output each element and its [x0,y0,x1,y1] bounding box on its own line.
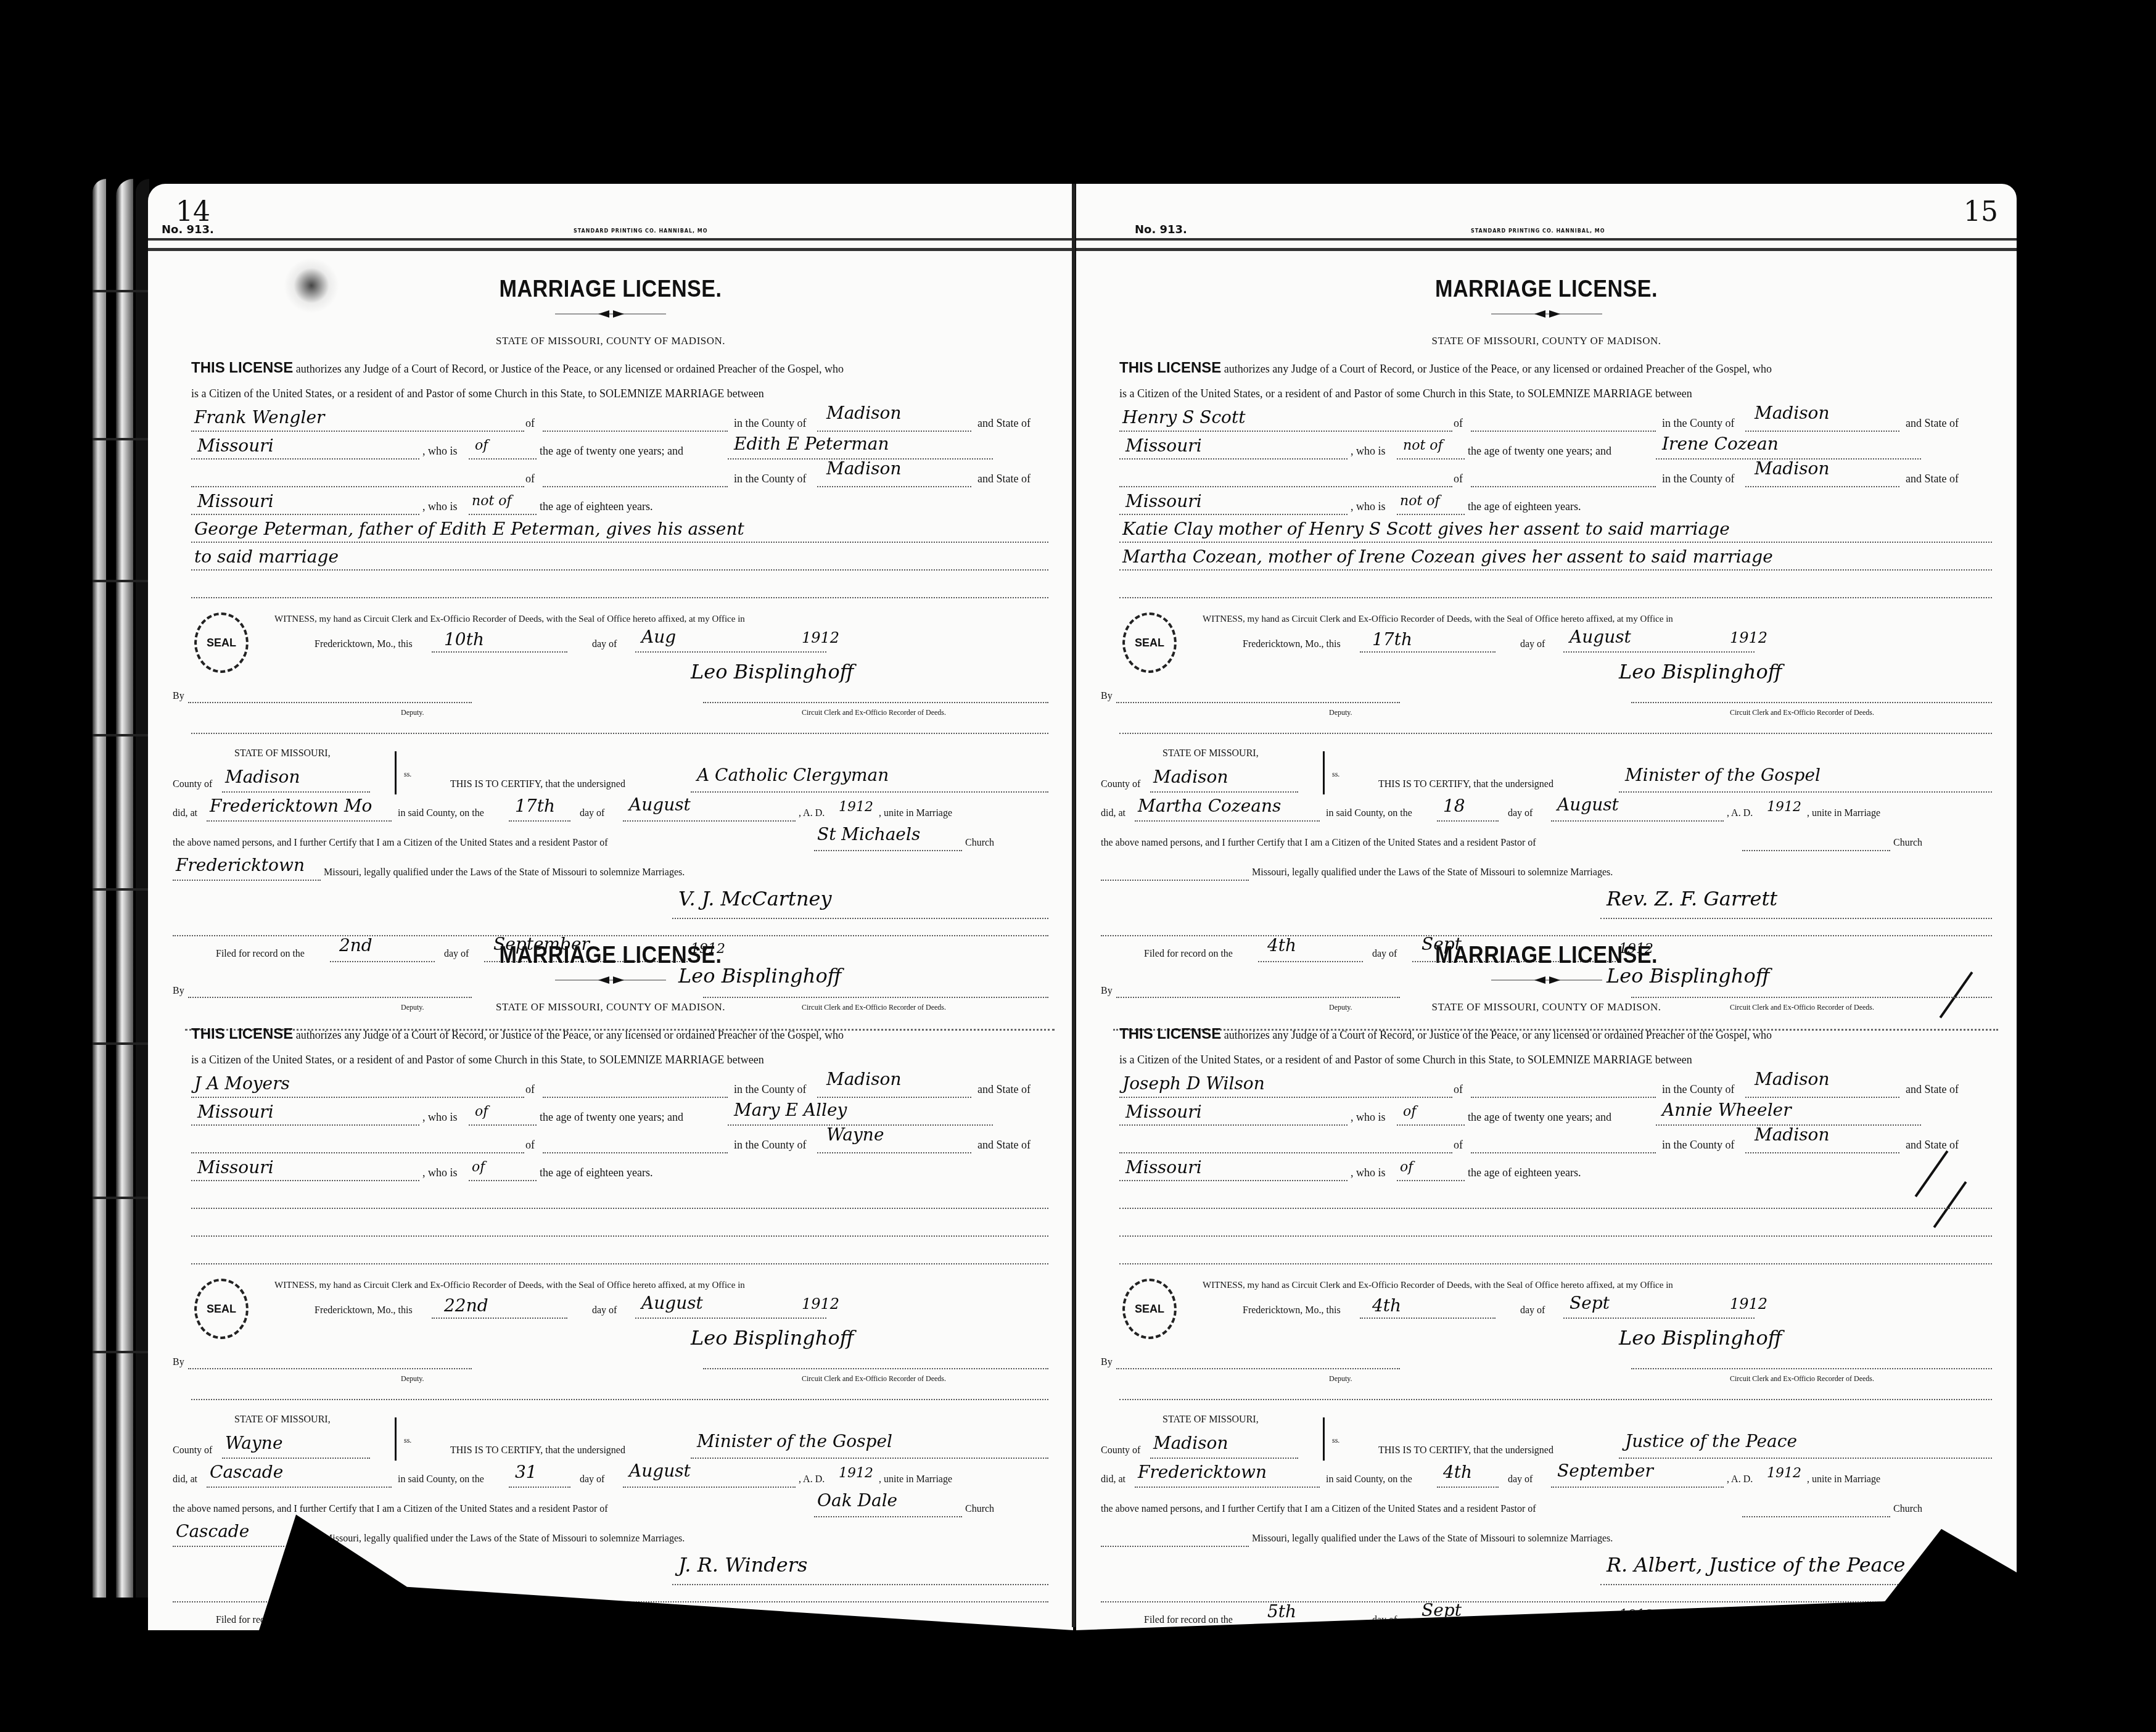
license-title: MARRIAGE LICENSE. [1123,942,1970,969]
groom-county: Madison [826,403,902,423]
bride-name: Edith E Peterman [734,434,889,454]
witness-day: 17th [1372,629,1412,649]
bride-county: Madison [826,458,902,479]
marriage-place: Fredericktown Mo [210,796,372,816]
groom-name: Joseph D Wilson [1122,1073,1265,1094]
officiant-title: Minister of the Gospel [697,1431,892,1451]
book-binding [93,179,148,1598]
bride-name: Annie Wheeler [1662,1100,1792,1120]
state-county-heading: STATE OF MISSOURI, COUNTY OF MADISON. [148,335,1073,347]
form-number: No. 913. [162,223,214,236]
officiant-signature: J. R. Winders [678,1553,807,1577]
marriage-day: 31 [515,1462,537,1482]
clerk-signature: Leo Bisplinghoff [691,660,854,683]
witness-text: WITNESS, my hand as Circuit Clerk and Ex… [1203,614,1673,625]
marriage-day: 4th [1443,1462,1472,1482]
license-title: MARRIAGE LICENSE. [194,942,1027,969]
church-town: Fredericktown [176,855,305,875]
bride-state: Missouri [1125,491,1202,511]
witness-text: WITNESS, my hand as Circuit Clerk and Ex… [274,1280,745,1291]
filed-day: 5th [1267,1601,1296,1622]
left-page: 14 No. 913. STANDARD PRINTING CO. HANNIB… [148,184,1073,1630]
marriage-year: 1912 [1767,799,1801,815]
consent-line-1: Katie Clay mother of Henry S Scott gives… [1122,519,1730,539]
bride-state: Missouri [1125,1157,1202,1177]
officiant-title: A Catholic Clergyman [697,765,889,785]
witness-text: WITNESS, my hand as Circuit Clerk and Ex… [274,614,745,625]
ornament-divider [555,979,666,981]
filed-year: 1912 [1619,1607,1653,1623]
marriage-license: MARRIAGE LICENSE. STATE OF MISSOURI, COU… [1076,276,2017,1041]
bride-name: Irene Cozean [1662,434,1779,454]
marriage-month: August [629,1461,691,1481]
witness-month: Aug [641,627,676,647]
marriage-year: 1912 [839,799,873,815]
certificate-county: Madison [1153,767,1228,787]
marriage-year: 1912 [839,1466,873,1481]
citizen-text: is a Citizen of the United States, or a … [191,1054,764,1066]
groom-age-qualifier: of [475,1104,488,1120]
groom-age-qualifier: of [1403,1104,1416,1120]
groom-name: J A Moyers [194,1073,290,1094]
consent-line-2: to said marriage [194,546,339,567]
marriage-month: August [629,794,691,815]
marriage-license: MARRIAGE LICENSE. STATE OF MISSOURI, COU… [148,276,1073,1041]
groom-county: Madison [826,1069,902,1089]
state-county-heading: STATE OF MISSOURI, COUNTY OF MADISON. [148,1001,1073,1013]
witness-text: WITNESS, my hand as Circuit Clerk and Ex… [1203,1280,1673,1291]
bride-age-qualifier: of [1400,1160,1413,1175]
clerk-signature: Leo Bisplinghoff [691,1326,854,1350]
groom-state: Missouri [197,435,274,456]
officiant-signature: V. J. McCartney [678,887,832,910]
seal-icon: SEAL [194,1279,249,1339]
consent-line-1: George Peterman, father of Edith E Peter… [194,519,744,539]
bride-age-qualifier: of [472,1160,485,1175]
groom-name: Henry S Scott [1122,407,1245,427]
filed-year: 1912 [691,1607,725,1623]
clerk-title: Circuit Clerk and Ex-Officio Recorder of… [802,708,946,717]
clerk-title: Circuit Clerk and Ex-Officio Recorder of… [1730,708,1874,717]
marriage-year: 1912 [1767,1466,1801,1481]
marriage-day: 17th [515,796,555,816]
witness-year: 1912 [1730,1295,1767,1313]
page-number: 15 [1964,196,1998,228]
clerk-title: Circuit Clerk and Ex-Officio Recorder of… [1730,1374,1874,1384]
church-name: St Michaels [817,824,920,844]
seal-icon: SEAL [1122,1279,1177,1339]
clerk-signature: Leo Bisplinghoff [1619,1326,1782,1350]
right-page: 15 No. 913. STANDARD PRINTING CO. HANNIB… [1076,184,2017,1630]
groom-state: Missouri [1125,1102,1202,1122]
page-gutter [1072,184,1076,1627]
seal-icon: SEAL [194,612,249,673]
citizen-text: is a Citizen of the United States, or a … [191,387,764,400]
witness-day: 10th [444,629,484,649]
consent-line-2: Martha Cozean, mother of Irene Cozean gi… [1122,546,1773,567]
groom-county: Madison [1755,403,1830,423]
witness-year: 1912 [1730,629,1767,646]
bride-county: Madison [1755,458,1830,479]
state-county-heading: STATE OF MISSOURI, COUNTY OF MADISON. [1076,335,2017,347]
bride-age-qualifier: not of [472,493,512,509]
officiant-title: Justice of the Peace [1625,1431,1797,1451]
marriage-place: Fredericktown [1138,1462,1267,1482]
certificate-county: Madison [225,767,300,787]
officiant-title: Minister of the Gospel [1625,765,1821,785]
bride-county: Wayne [826,1124,884,1145]
officiant-signature: R. Albert, Justice of the Peace [1607,1553,1906,1577]
ornament-divider [555,313,666,315]
ornament-divider [1491,313,1602,315]
officiant-signature: Rev. Z. F. Garrett [1607,887,1777,910]
witness-year: 1912 [802,1295,839,1313]
groom-name: Frank Wengler [194,407,324,427]
witness-month: August [641,1293,703,1313]
clerk-signature: Leo Bisplinghoff [1619,660,1782,683]
marriage-month: August [1557,794,1619,815]
certificate-county: Madison [1153,1433,1228,1453]
bride-state: Missouri [197,1157,274,1177]
state-county-heading: STATE OF MISSOURI, COUNTY OF MADISON. [1076,1001,2017,1013]
groom-age-qualifier: of [475,438,488,453]
bride-age-qualifier: not of [1400,493,1440,509]
citizen-text: is a Citizen of the United States, or a … [1119,1054,1692,1066]
license-title: MARRIAGE LICENSE. [1123,276,1970,303]
citizen-text: is a Citizen of the United States, or a … [1119,387,1692,400]
license-title: MARRIAGE LICENSE. [194,276,1027,303]
ornament-divider [1491,979,1602,981]
marriage-place: Martha Cozeans [1138,796,1281,816]
witness-day: 4th [1372,1295,1401,1316]
groom-age-qualifier: not of [1403,438,1443,453]
authorizes-text: THIS LICENSE authorizes any Judge of a C… [1119,360,1772,377]
filed-month: September [493,1600,590,1620]
witness-year: 1912 [802,629,839,646]
marriage-license: MARRIAGE LICENSE. STATE OF MISSOURI, COU… [148,942,1073,1630]
witness-month: August [1570,627,1631,647]
certificate-county: Wayne [225,1433,282,1453]
marriage-place: Cascade [210,1462,283,1482]
printer-imprint: STANDARD PRINTING CO. HANNIBAL, MO [1471,228,1605,234]
bride-county: Madison [1755,1124,1830,1145]
church-name: Oak Dale [817,1490,897,1511]
witness-day: 22nd [444,1295,488,1316]
form-number: No. 913. [1135,223,1187,236]
clerk-title: Circuit Clerk and Ex-Officio Recorder of… [802,1374,946,1384]
church-town: Cascade [176,1521,249,1541]
witness-month: Sept [1570,1293,1610,1313]
seal-icon: SEAL [1122,612,1177,673]
bride-state: Missouri [197,491,274,511]
printer-imprint: STANDARD PRINTING CO. HANNIBAL, MO [574,228,708,234]
authorizes-text: THIS LICENSE authorizes any Judge of a C… [1119,1026,1772,1043]
marriage-month: September [1557,1461,1653,1481]
groom-county: Madison [1755,1069,1830,1089]
bride-name: Mary E Alley [734,1100,847,1120]
marriage-day: 18 [1443,796,1465,816]
authorizes-text: THIS LICENSE authorizes any Judge of a C… [191,1026,844,1043]
filed-month: Sept [1422,1600,1462,1620]
groom-state: Missouri [1125,435,1202,456]
groom-state: Missouri [197,1102,274,1122]
marriage-license: MARRIAGE LICENSE. STATE OF MISSOURI, COU… [1076,942,2017,1630]
filed-day: 3rd [339,1601,369,1622]
authorizes-text: THIS LICENSE authorizes any Judge of a C… [191,360,844,377]
